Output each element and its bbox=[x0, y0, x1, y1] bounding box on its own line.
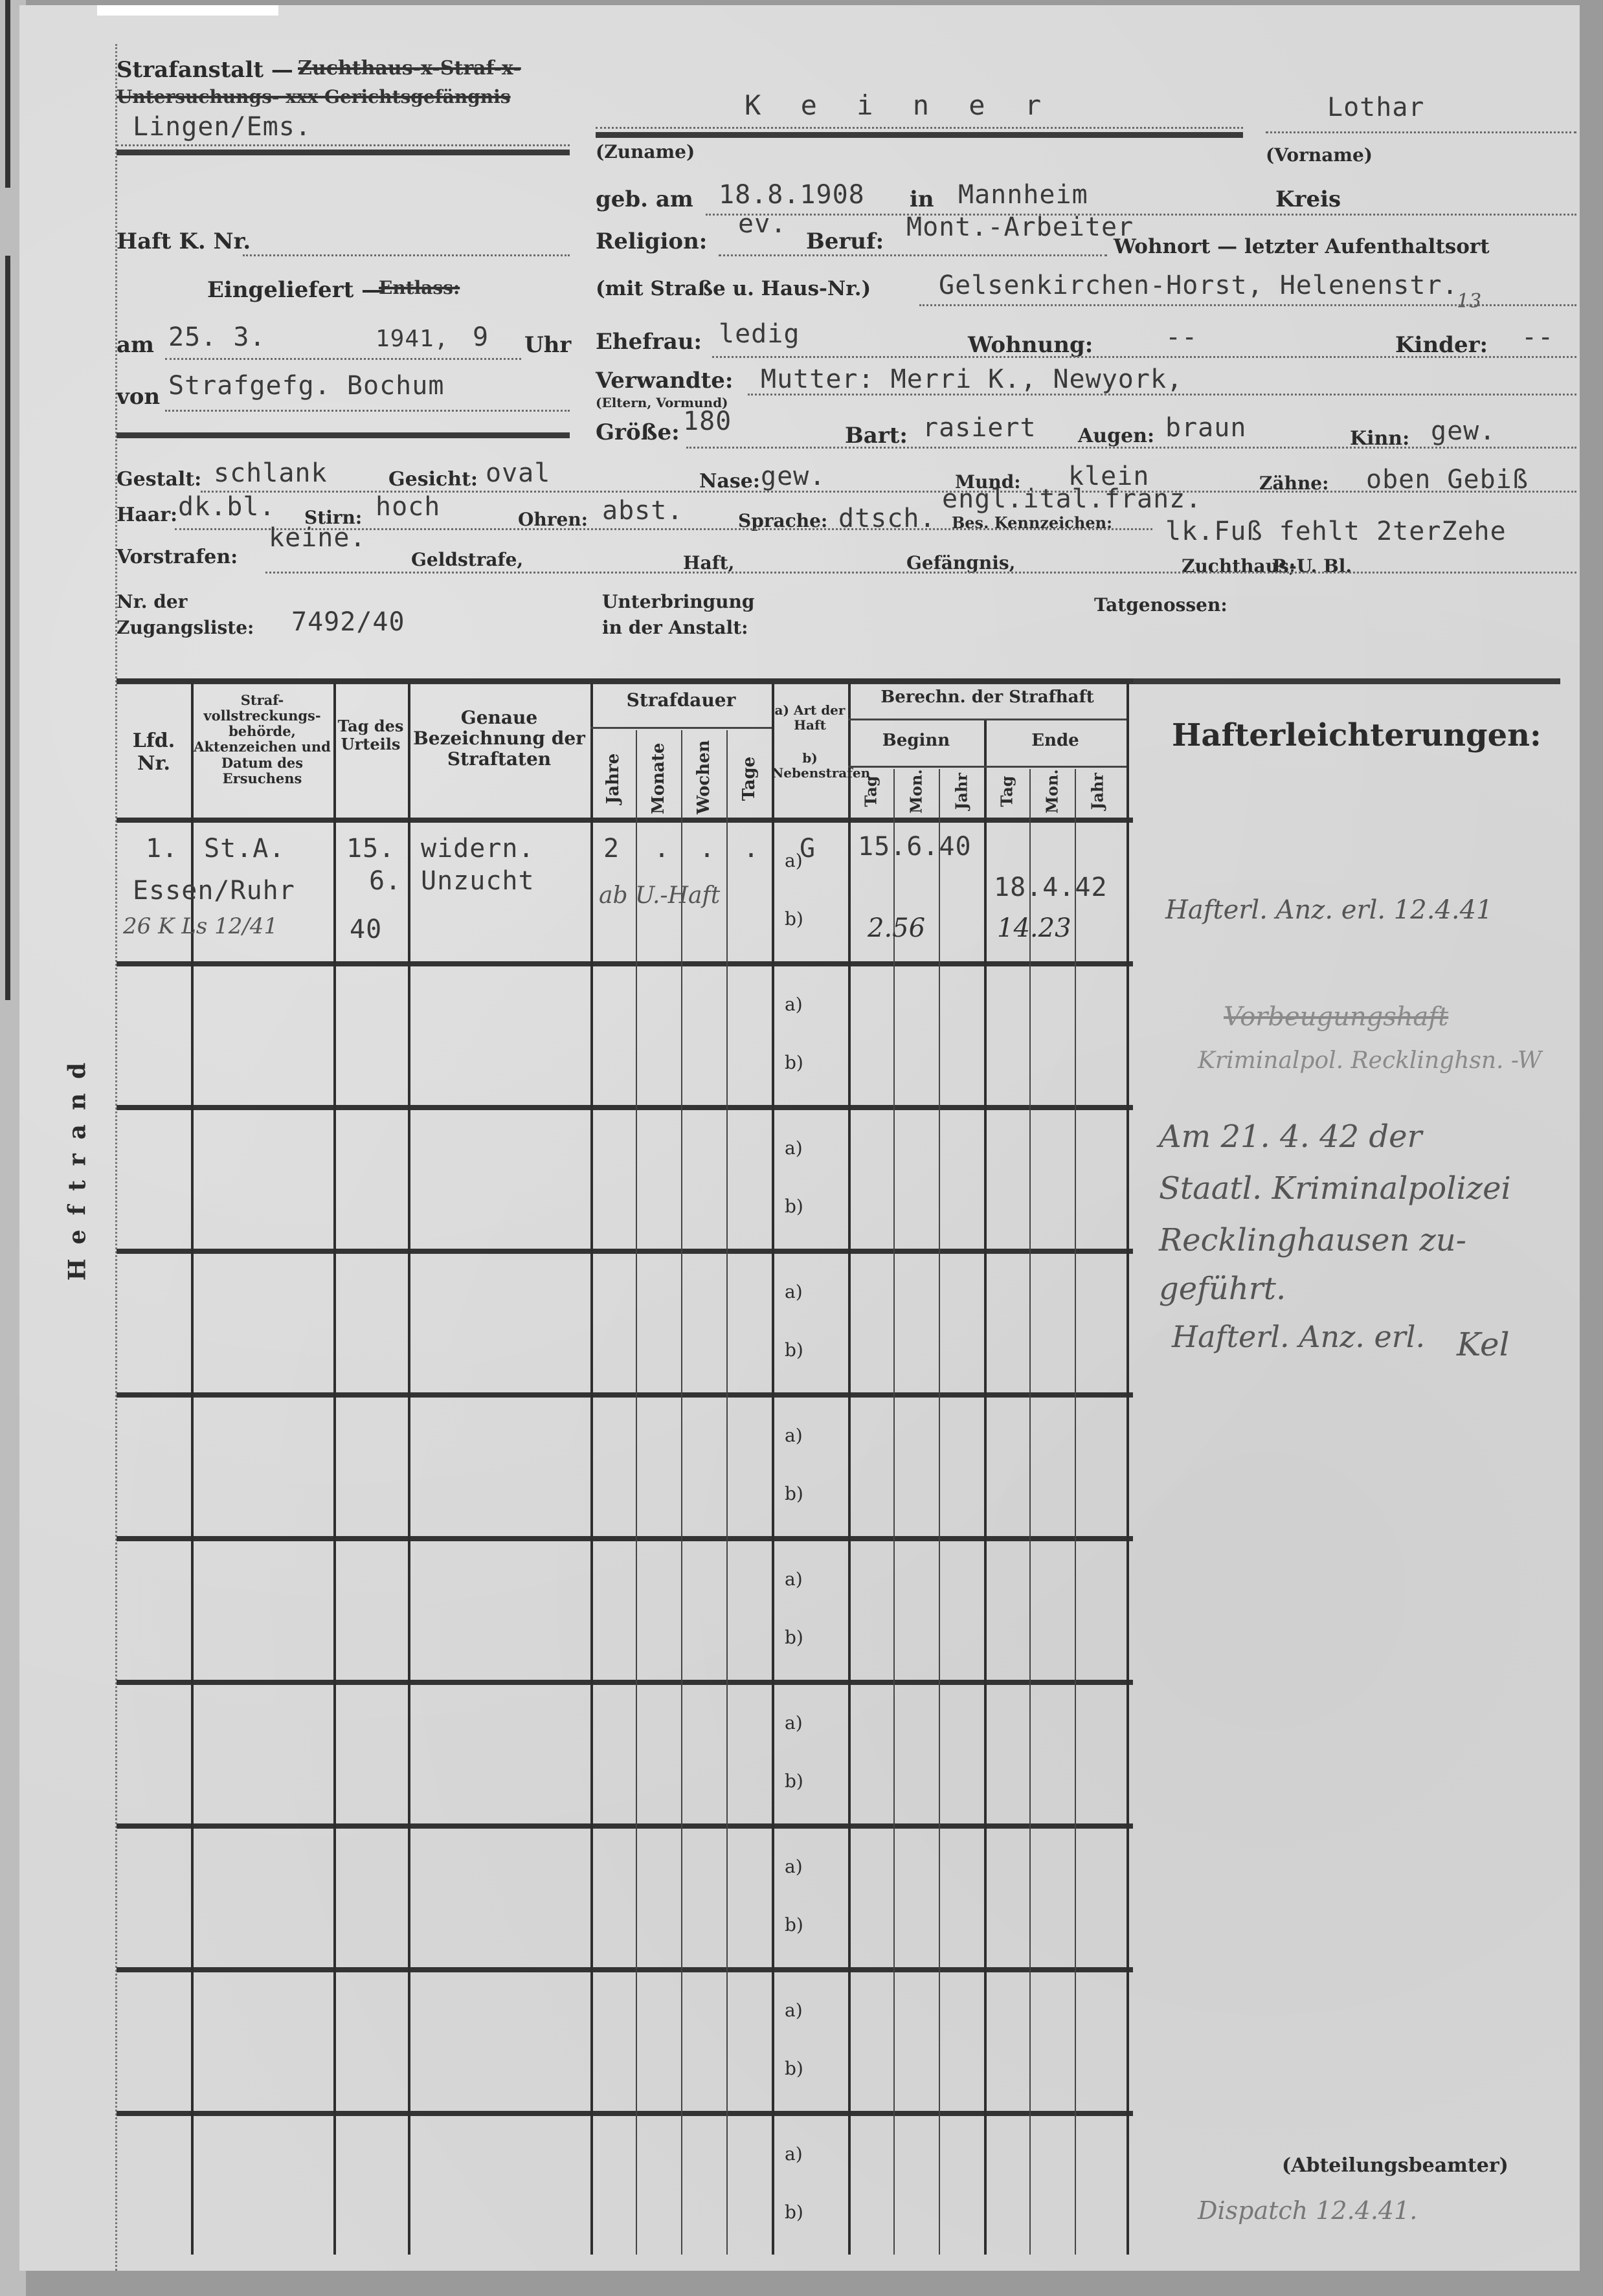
eingeliefert-struck: Entlass: bbox=[379, 277, 460, 298]
birthplace-value: Mannheim bbox=[958, 180, 1088, 210]
row-label-b: b) bbox=[785, 2058, 803, 2079]
table-column-line bbox=[408, 684, 410, 2255]
table-rule bbox=[117, 961, 1133, 966]
row-label-b: b) bbox=[785, 1052, 803, 1073]
eingeliefert-label: Eingeliefert — bbox=[207, 277, 383, 303]
table-rule bbox=[117, 1823, 1133, 1829]
unterbringung-label-2: in der Anstalt: bbox=[602, 617, 748, 638]
entry-art: G bbox=[800, 834, 816, 864]
back-sheet-edge bbox=[5, 0, 10, 188]
header-art: a) Art der Haft bbox=[772, 703, 848, 733]
entry-urteil-day: 15. bbox=[346, 834, 395, 864]
address-value: Gelsenkirchen-Horst, Helenenstr. bbox=[939, 271, 1459, 300]
footer-note: Dispatch 12.4.41. bbox=[1198, 2196, 1417, 2225]
entry-wochen: . bbox=[699, 834, 715, 864]
zugangsliste-value: 7492/40 bbox=[291, 607, 405, 637]
entry-straftat: widern. bbox=[421, 834, 535, 864]
header-lfd-nr: Lfd. Nr. bbox=[117, 730, 191, 775]
bart-label: Bart: bbox=[845, 423, 908, 449]
table-rule bbox=[117, 1392, 1133, 1398]
kinn-value: gew. bbox=[1431, 416, 1496, 446]
tatgenossen-label: Tatgenossen: bbox=[1094, 594, 1227, 616]
header-behoerde: Straf- vollstreckungs- behörde, Aktenzei… bbox=[191, 693, 333, 786]
binding-margin: Heftrand bbox=[39, 1067, 78, 1261]
house-number-handwritten: 13 bbox=[1457, 290, 1481, 313]
row-label-b: b) bbox=[785, 1914, 803, 1935]
beruf-value: Mont.-Arbeiter bbox=[906, 212, 1134, 242]
row-label-a: a) bbox=[785, 994, 803, 1015]
note-line: Staatl. Kriminalpolizei bbox=[1159, 1170, 1511, 1207]
row-label-b: b) bbox=[785, 1339, 803, 1361]
institution-struck-1: Zuchthaus-x-Straf-x- bbox=[298, 57, 521, 80]
vorstrafen-label: Vorstrafen: bbox=[117, 546, 238, 568]
institution-label: Strafanstalt — bbox=[117, 57, 293, 83]
nase-value: gew. bbox=[761, 462, 825, 491]
official-label: (Abteilungsbeamter) bbox=[1282, 2154, 1508, 2177]
note-line: Am 21. 4. 42 der bbox=[1159, 1119, 1422, 1155]
paper-tab bbox=[97, 5, 278, 16]
wohnort-label: Wohnort — letzter Aufenthaltsort bbox=[1114, 235, 1490, 258]
table-column-line bbox=[681, 730, 682, 2255]
header-date-tag: Tag bbox=[862, 756, 880, 827]
sprache-extra-value: engl.ital.franz. bbox=[942, 484, 1202, 514]
header-date-mon.: Mon. bbox=[1043, 756, 1062, 827]
ehefrau-value: ledig bbox=[719, 319, 800, 349]
row-label-b: b) bbox=[785, 2201, 803, 2223]
header-urteil: Tag des Urteils bbox=[333, 717, 408, 753]
surname-rule bbox=[596, 132, 1243, 138]
arrival-hour: 9 bbox=[473, 322, 489, 352]
institution-struck-2: Untersuchungs- xxx Gerichtsgefängnis bbox=[117, 86, 511, 107]
back-sheet-edge bbox=[5, 256, 10, 1000]
zugangsliste-label-2: Zugangsliste: bbox=[117, 617, 254, 638]
gesicht-label: Gesicht: bbox=[388, 468, 478, 491]
entry-tage: . bbox=[743, 834, 759, 864]
table-column-line bbox=[1029, 769, 1031, 2255]
unterbringung-label-1: Unterbringung bbox=[602, 591, 754, 612]
institution-value: Lingen/Ems. bbox=[133, 112, 311, 142]
header-date-jahr: Jahr bbox=[952, 756, 971, 827]
row-label-a: a) bbox=[785, 1281, 803, 1302]
kinder-value: -- bbox=[1521, 322, 1554, 352]
gestalt-label: Gestalt: bbox=[117, 468, 201, 491]
haar-value: dk.bl. bbox=[178, 492, 276, 522]
note-line: geführt. bbox=[1159, 1271, 1286, 1307]
arrival-year: 1941, bbox=[376, 326, 449, 352]
table-column-line bbox=[984, 720, 987, 2255]
row-label-b: b) bbox=[785, 1770, 803, 1792]
table-rule bbox=[117, 818, 1133, 823]
wohnung-value: -- bbox=[1165, 322, 1198, 352]
table-rule bbox=[117, 2111, 1133, 2116]
header-straftaten: Genaue Bezeichnung der Straftaten bbox=[408, 708, 590, 770]
note-line-faint: Kriminalpol. Recklinghsn. -W bbox=[1198, 1047, 1541, 1074]
firstname-value: Lothar bbox=[1327, 93, 1425, 122]
surname-value: K e i n e r bbox=[745, 89, 1053, 121]
header-strafdauer-jahre: Jahre bbox=[603, 743, 623, 814]
table-rule bbox=[117, 1249, 1133, 1254]
gesicht-value: oval bbox=[486, 458, 550, 488]
in-label: in bbox=[910, 186, 934, 212]
entry-urteil-year: 40 bbox=[350, 915, 382, 944]
table-rule bbox=[117, 1967, 1133, 1972]
table-column-line bbox=[939, 769, 940, 2255]
religion-value: ev. bbox=[738, 209, 787, 239]
row-label-b: b) bbox=[785, 1483, 803, 1504]
row-label-a: a) bbox=[785, 1425, 803, 1446]
table-column-line bbox=[590, 684, 593, 2255]
table-rule bbox=[848, 719, 1127, 720]
table-rule bbox=[117, 1105, 1133, 1110]
stirn-value: hoch bbox=[376, 492, 440, 522]
table-column-line bbox=[1075, 769, 1076, 2255]
entry-beginn: 15.6.40 bbox=[858, 832, 972, 862]
hafterleichterungen-title: Hafterleichterungen: bbox=[1172, 717, 1541, 753]
header-strafdauer-tage: Tage bbox=[739, 743, 759, 814]
row-label-a: a) bbox=[785, 2143, 803, 2165]
gefaengnis-label: Gefängnis, bbox=[906, 552, 1015, 574]
augen-label: Augen: bbox=[1078, 425, 1154, 447]
uhr-label: Uhr bbox=[524, 332, 571, 358]
table-rule bbox=[117, 1536, 1133, 1541]
geldstrafe-label: Geldstrafe, bbox=[411, 549, 523, 570]
ohren-value: abst. bbox=[602, 496, 683, 526]
table-column-line bbox=[848, 684, 851, 2255]
firstname-label: (Vorname) bbox=[1266, 144, 1373, 166]
binding-margin-label: Heftrand bbox=[63, 1049, 91, 1281]
von-label: von bbox=[117, 384, 160, 410]
kinder-label: Kinder: bbox=[1395, 332, 1488, 358]
geb-am-label: geb. am bbox=[596, 186, 693, 212]
row-label-a: a) bbox=[785, 2000, 803, 2021]
table-rule bbox=[848, 766, 1127, 768]
vorstrafen-value: keine. bbox=[269, 523, 366, 553]
header-date-tag: Tag bbox=[998, 756, 1016, 827]
note-line-struck: Vorbeugungshaft bbox=[1224, 1002, 1448, 1032]
table-column-line bbox=[893, 769, 895, 2255]
arrival-day-month: 25. 3. bbox=[168, 322, 266, 352]
row-label-b: b) bbox=[785, 908, 803, 930]
header-strafdauer-monate: Monate bbox=[649, 743, 668, 814]
entry-jahre: 2 bbox=[603, 834, 620, 864]
nase-label: Nase: bbox=[699, 470, 760, 493]
kennzeichen-value: lk.Fuß fehlt 2terZehe bbox=[1165, 517, 1507, 546]
entry-urteil-month: 6. bbox=[369, 866, 401, 896]
verwandte-value: Mutter: Merri K., Newyork, bbox=[761, 364, 1183, 394]
header-nebenstrafen: b) Nebenstrafen bbox=[772, 751, 848, 781]
header-ende: Ende bbox=[984, 731, 1127, 751]
entry-behoerde-handwritten: 26 K Ls 12/41 bbox=[123, 913, 278, 939]
header-date-jahr: Jahr bbox=[1088, 756, 1107, 827]
entry-ende-handwritten: 14.23 bbox=[997, 913, 1071, 943]
wohnung-label: Wohnung: bbox=[968, 332, 1093, 358]
surname-label: (Zuname) bbox=[596, 141, 695, 162]
table-column-line bbox=[333, 684, 336, 2255]
strasse-label: (mit Straße u. Haus-Nr.) bbox=[596, 277, 871, 300]
row-label-b: b) bbox=[785, 1627, 803, 1648]
entry-monate: . bbox=[654, 834, 670, 864]
table-column-line bbox=[636, 730, 637, 2255]
note-line: Hafterl. Anz. erl. 12.4.41 bbox=[1165, 895, 1492, 925]
signature: Kel bbox=[1457, 1326, 1510, 1363]
note-line: Recklinghausen zu- bbox=[1159, 1222, 1466, 1258]
zuchthaus-extra: P.-U. Bl. bbox=[1272, 555, 1352, 577]
ohren-label: Ohren: bbox=[518, 509, 588, 530]
zugangsliste-label-1: Nr. der bbox=[117, 591, 187, 612]
section-rule bbox=[117, 432, 570, 438]
haft-label: Haft, bbox=[683, 552, 734, 574]
header-beginn: Beginn bbox=[848, 731, 984, 751]
entry-strafdauer-handwritten: ab U.-Haft bbox=[599, 882, 720, 909]
augen-value: braun bbox=[1165, 413, 1246, 443]
row-label-a: a) bbox=[785, 1137, 803, 1159]
religion-label: Religion: bbox=[596, 228, 707, 254]
row-label-a: a) bbox=[785, 1712, 803, 1733]
header-strafdauer-wochen: Wochen bbox=[694, 743, 713, 814]
kreis-label: Kreis bbox=[1275, 186, 1341, 212]
beruf-label: Beruf: bbox=[806, 228, 884, 254]
haft-k-nr-label: Haft K. Nr. bbox=[117, 228, 251, 254]
haar-label: Haar: bbox=[117, 504, 177, 526]
groesse-label: Größe: bbox=[596, 419, 680, 445]
sentence-table: Lfd. Nr.Straf- vollstreckungs- behörde, … bbox=[117, 678, 1133, 2277]
von-value: Strafgefg. Bochum bbox=[168, 371, 444, 401]
entry-behoerde: Essen/Ruhr bbox=[133, 876, 295, 906]
header-strafdauer: Strafdauer bbox=[590, 690, 772, 711]
entry-ende: 18.4.42 bbox=[994, 873, 1108, 902]
groesse-value: 180 bbox=[683, 407, 732, 436]
ehefrau-label: Ehefrau: bbox=[596, 329, 702, 355]
register-form: Heftrand Strafanstalt — Zuchthaus-x-Stra… bbox=[19, 5, 1580, 2271]
verwandte-label: Verwandte: bbox=[596, 368, 733, 394]
row-label-a: a) bbox=[785, 1568, 803, 1590]
entry-straftat: Unzucht bbox=[421, 866, 535, 896]
gestalt-value: schlank bbox=[214, 458, 328, 488]
row-label-a: a) bbox=[785, 1856, 803, 1877]
table-column-line bbox=[1127, 684, 1129, 2255]
entry-beginn-handwritten: 2.56 bbox=[868, 913, 925, 943]
table-rule bbox=[117, 678, 1133, 684]
bart-value: rasiert bbox=[923, 413, 1037, 443]
entry-behoerde: St.A. bbox=[204, 834, 285, 864]
table-column-line bbox=[726, 730, 728, 2255]
note-line: Hafterl. Anz. erl. bbox=[1172, 1319, 1425, 1354]
section-rule bbox=[117, 150, 570, 155]
table-column-line bbox=[772, 684, 774, 2255]
entry-lfd-nr: 1. bbox=[146, 834, 178, 864]
birthdate-value: 18.8.1908 bbox=[719, 180, 865, 210]
row-label-b: b) bbox=[785, 1196, 803, 1217]
table-rule bbox=[117, 1680, 1133, 1685]
header-date-mon.: Mon. bbox=[907, 756, 926, 827]
am-label: am bbox=[117, 332, 154, 358]
table-rule bbox=[590, 727, 772, 729]
header-berechnung: Berechn. der Strafhaft bbox=[848, 688, 1127, 708]
